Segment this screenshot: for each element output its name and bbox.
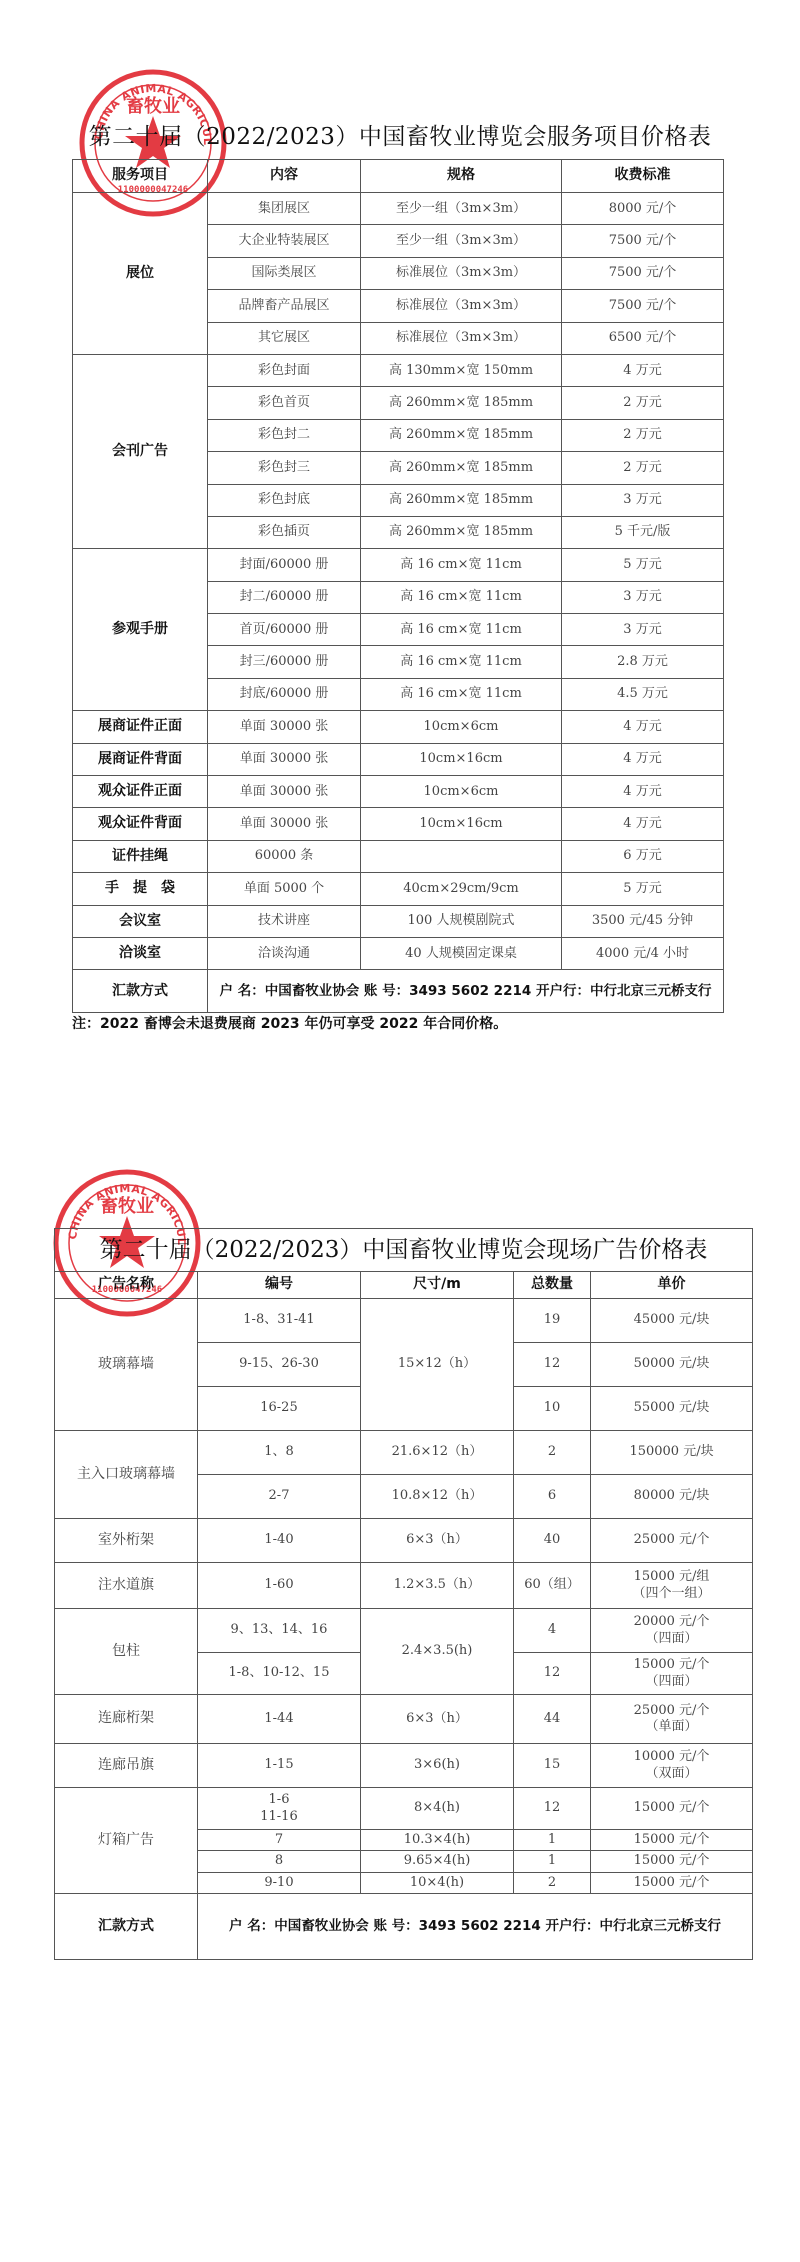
fee-cell: 4 万元 (562, 354, 724, 386)
price-note: （四个一组） (593, 1586, 750, 1602)
header-content: 内容 (208, 160, 361, 193)
spec-cell: 40cm×29cm/9cm (361, 873, 562, 905)
category-cell: 展商证件正面 (73, 711, 208, 743)
content-cell: 彩色封二 (208, 419, 361, 451)
price-value: 20000 元/个 (593, 1614, 750, 1630)
fee-cell: 3500 元/45 分钟 (562, 905, 724, 937)
size-cell: 10.8×12（h） (361, 1475, 514, 1519)
category-cell: 观众证件背面 (73, 808, 208, 840)
category-catalog-ads: 会刊广告 (73, 354, 208, 548)
price-cell: 55000 元/块 (591, 1387, 753, 1431)
size-cell: 1.2×3.5（h） (361, 1563, 514, 1609)
quantity-cell: 44 (514, 1695, 591, 1744)
fee-cell: 4000 元/4 小时 (562, 937, 724, 969)
content-cell: 国际类展区 (208, 257, 361, 289)
header-spec: 规格 (361, 160, 562, 193)
fee-cell: 5 万元 (562, 549, 724, 581)
content-cell: 品牌畜产品展区 (208, 290, 361, 322)
fee-cell: 7500 元/个 (562, 290, 724, 322)
number-cell: 1-611-16 (198, 1788, 361, 1830)
table-row: 灯箱广告 1-611-16 8×4(h) 12 15000 元/个 (55, 1788, 753, 1830)
number-cell: 9-15、26-30 (198, 1343, 361, 1387)
price-value: 25000 元/个 (593, 1703, 750, 1719)
size-cell: 21.6×12（h） (361, 1431, 514, 1475)
number-cell: 7 (198, 1830, 361, 1851)
spec-cell: 40 人规模固定课桌 (361, 937, 562, 969)
number-cell: 2-7 (198, 1475, 361, 1519)
fee-cell: 4 万元 (562, 743, 724, 775)
content-cell: 首页/60000 册 (208, 614, 361, 646)
quantity-cell: 2 (514, 1873, 591, 1894)
spec-cell: 高 260mm×宽 185mm (361, 516, 562, 548)
table-row: 观众证件背面 单面 30000 张 10cm×16cm 4 万元 (73, 808, 724, 840)
payment-row: 汇款方式 户 名：中国畜牧业协会 账 号：3493 5602 2214 开户行：… (55, 1894, 753, 1960)
category-cell: 会议室 (73, 905, 208, 937)
price-cell: 15000 元/个 (591, 1830, 753, 1851)
content-cell: 彩色封三 (208, 452, 361, 484)
header-fee: 收费标准 (562, 160, 724, 193)
category-cell: 洽谈室 (73, 937, 208, 969)
spec-cell: 标准展位（3m×3m） (361, 290, 562, 322)
spec-cell: 高 260mm×宽 185mm (361, 419, 562, 451)
number-cell: 1-15 (198, 1744, 361, 1788)
table-row: 连廊桁架 1-44 6×3（h） 44 25000 元/个（单面） (55, 1695, 753, 1744)
spec-cell: 10cm×6cm (361, 711, 562, 743)
number-cell: 1、8 (198, 1431, 361, 1475)
price-cell: 15000 元/个 (591, 1788, 753, 1830)
content-cell: 单面 5000 个 (208, 873, 361, 905)
number-cell: 1-8、10-12、15 (198, 1653, 361, 1695)
table-row: 观众证件正面 单面 30000 张 10cm×6cm 4 万元 (73, 776, 724, 808)
spec-cell: 高 260mm×宽 185mm (361, 387, 562, 419)
spec-cell: 标准展位（3m×3m） (361, 322, 562, 354)
category-cell: 手 提 袋 (73, 873, 208, 905)
size-cell: 6×3（h） (361, 1695, 514, 1744)
price-cell: 50000 元/块 (591, 1343, 753, 1387)
fee-cell: 8000 元/个 (562, 193, 724, 225)
price-cell: 15000 元/个（四面） (591, 1653, 753, 1695)
payment-details: 户 名：中国畜牧业协会 账 号：3493 5602 2214 开户行：中行北京三… (208, 970, 724, 1013)
fee-cell: 3 万元 (562, 581, 724, 613)
quantity-cell: 12 (514, 1653, 591, 1695)
price-note: （四面） (593, 1631, 750, 1647)
quantity-cell: 12 (514, 1343, 591, 1387)
header-quantity: 总数量 (514, 1272, 591, 1299)
price-value: 10000 元/个 (593, 1749, 750, 1765)
number-line: 11-16 (200, 1809, 358, 1825)
fee-cell: 7500 元/个 (562, 257, 724, 289)
spec-cell: 高 16 cm×宽 11cm (361, 678, 562, 710)
content-cell: 彩色首页 (208, 387, 361, 419)
spec-cell: 标准展位（3m×3m） (361, 257, 562, 289)
table-title-row: 第二十届（2022/2023）中国畜牧业博览会现场广告价格表 (55, 1229, 753, 1272)
table-row: 参观手册 封面/60000 册 高 16 cm×宽 11cm 5 万元 (73, 549, 724, 581)
price-note: （双面） (593, 1766, 750, 1782)
quantity-cell: 15 (514, 1744, 591, 1788)
page-title-onsite-ad-prices: 第二十届（2022/2023）中国畜牧业博览会现场广告价格表 (55, 1229, 753, 1272)
spec-cell: 至少一组（3m×3m） (361, 225, 562, 257)
quantity-cell: 19 (514, 1299, 591, 1343)
fee-cell: 2 万元 (562, 387, 724, 419)
spec-cell: 高 130mm×宽 150mm (361, 354, 562, 386)
number-cell: 1-40 (198, 1519, 361, 1563)
content-cell: 彩色插页 (208, 516, 361, 548)
fee-cell: 2 万元 (562, 419, 724, 451)
table-row: 展商证件背面 单面 30000 张 10cm×16cm 4 万元 (73, 743, 724, 775)
header-number: 编号 (198, 1272, 361, 1299)
page-title-service-prices: 第二十届（2022/2023）中国畜牧业博览会服务项目价格表 (0, 118, 800, 151)
price-cell: 80000 元/块 (591, 1475, 753, 1519)
content-cell: 封二/60000 册 (208, 581, 361, 613)
spec-cell: 高 16 cm×宽 11cm (361, 549, 562, 581)
header-service-item: 服务项目 (73, 160, 208, 193)
service-price-table: 服务项目 内容 规格 收费标准 展位 集团展区 至少一组（3m×3m） 8000… (72, 159, 724, 1013)
header-size: 尺寸/m (361, 1272, 514, 1299)
quantity-cell: 2 (514, 1431, 591, 1475)
fee-cell: 2.8 万元 (562, 646, 724, 678)
quantity-cell: 60（组） (514, 1563, 591, 1609)
content-cell: 单面 30000 张 (208, 711, 361, 743)
table-row: 展商证件正面 单面 30000 张 10cm×6cm 4 万元 (73, 711, 724, 743)
payment-label: 汇款方式 (73, 970, 208, 1013)
number-cell: 9-10 (198, 1873, 361, 1894)
content-cell: 大企业特装展区 (208, 225, 361, 257)
size-cell: 10×4(h) (361, 1873, 514, 1894)
footnote: 注：2022 畜博会未退费展商 2023 年仍可享受 2022 年合同价格。 (72, 1013, 507, 1033)
content-cell: 封面/60000 册 (208, 549, 361, 581)
spec-cell: 高 16 cm×宽 11cm (361, 581, 562, 613)
table-row: 玻璃幕墙 1-8、31-41 15×12（h） 19 45000 元/块 (55, 1299, 753, 1343)
price-cell: 10000 元/个（双面） (591, 1744, 753, 1788)
table-row: 展位 集团展区 至少一组（3m×3m） 8000 元/个 (73, 193, 724, 225)
spec-cell: 至少一组（3m×3m） (361, 193, 562, 225)
svg-text:畜牧业: 畜牧业 (100, 1195, 154, 1217)
quantity-cell: 12 (514, 1788, 591, 1830)
content-cell: 单面 30000 张 (208, 743, 361, 775)
ad-name-water-flag: 注水道旗 (55, 1563, 198, 1609)
category-cell: 展商证件背面 (73, 743, 208, 775)
fee-cell: 2 万元 (562, 452, 724, 484)
category-booth: 展位 (73, 193, 208, 355)
ad-name-glass-curtain: 玻璃幕墙 (55, 1299, 198, 1431)
size-cell: 2.4×3.5(h) (361, 1609, 514, 1695)
content-cell: 洽谈沟通 (208, 937, 361, 969)
table-row: 洽谈室 洽谈沟通 40 人规模固定课桌 4000 元/4 小时 (73, 937, 724, 969)
fee-cell: 3 万元 (562, 614, 724, 646)
fee-cell: 6500 元/个 (562, 322, 724, 354)
number-cell: 16-25 (198, 1387, 361, 1431)
price-cell: 150000 元/块 (591, 1431, 753, 1475)
content-cell: 其它展区 (208, 322, 361, 354)
price-note: （四面） (593, 1674, 750, 1690)
number-line: 1-6 (200, 1792, 358, 1808)
price-value: 15000 元/个 (593, 1657, 750, 1673)
content-cell: 集团展区 (208, 193, 361, 225)
price-cell: 45000 元/块 (591, 1299, 753, 1343)
size-cell: 6×3（h） (361, 1519, 514, 1563)
quantity-cell: 6 (514, 1475, 591, 1519)
price-cell: 20000 元/个（四面） (591, 1609, 753, 1653)
number-cell: 1-60 (198, 1563, 361, 1609)
table-row: 连廊吊旗 1-15 3×6(h) 15 10000 元/个（双面） (55, 1744, 753, 1788)
fee-cell: 3 万元 (562, 484, 724, 516)
fee-cell: 4.5 万元 (562, 678, 724, 710)
table-header-row: 服务项目 内容 规格 收费标准 (73, 160, 724, 193)
number-cell: 1-44 (198, 1695, 361, 1744)
size-cell: 3×6(h) (361, 1744, 514, 1788)
table-row: 手 提 袋 单面 5000 个 40cm×29cm/9cm 5 万元 (73, 873, 724, 905)
category-visitor-guide: 参观手册 (73, 549, 208, 711)
fee-cell: 5 千元/版 (562, 516, 724, 548)
ad-name-main-entrance: 主入口玻璃幕墙 (55, 1431, 198, 1519)
category-cell: 观众证件正面 (73, 776, 208, 808)
table-row: 证件挂绳 60000 条 6 万元 (73, 840, 724, 872)
spec-cell (361, 840, 562, 872)
size-cell: 9.65×4(h) (361, 1851, 514, 1873)
table-row: 会议室 技术讲座 100 人规模剧院式 3500 元/45 分钟 (73, 905, 724, 937)
ad-name-pillar-wrap: 包柱 (55, 1609, 198, 1695)
ad-name-corridor-truss: 连廊桁架 (55, 1695, 198, 1744)
price-value: 15000 元/组 (593, 1569, 750, 1585)
content-cell: 封底/60000 册 (208, 678, 361, 710)
size-cell: 8×4(h) (361, 1788, 514, 1830)
fee-cell: 6 万元 (562, 840, 724, 872)
price-cell: 25000 元/个 (591, 1519, 753, 1563)
fee-cell: 4 万元 (562, 776, 724, 808)
ad-name-outdoor-truss: 室外桁架 (55, 1519, 198, 1563)
quantity-cell: 4 (514, 1609, 591, 1653)
table-row: 会刊广告 彩色封面 高 130mm×宽 150mm 4 万元 (73, 354, 724, 386)
number-cell: 1-8、31-41 (198, 1299, 361, 1343)
spec-cell: 高 260mm×宽 185mm (361, 452, 562, 484)
number-cell: 9、13、14、16 (198, 1609, 361, 1653)
onsite-ad-price-table: 第二十届（2022/2023）中国畜牧业博览会现场广告价格表 广告名称 编号 尺… (54, 1228, 753, 1960)
spec-cell: 10cm×6cm (361, 776, 562, 808)
table-row: 主入口玻璃幕墙 1、8 21.6×12（h） 2 150000 元/块 (55, 1431, 753, 1475)
content-cell: 彩色封底 (208, 484, 361, 516)
content-cell: 60000 条 (208, 840, 361, 872)
fee-cell: 5 万元 (562, 873, 724, 905)
content-cell: 单面 30000 张 (208, 776, 361, 808)
ad-name-lightbox: 灯箱广告 (55, 1788, 198, 1894)
header-unit-price: 单价 (591, 1272, 753, 1299)
spec-cell: 10cm×16cm (361, 808, 562, 840)
quantity-cell: 40 (514, 1519, 591, 1563)
number-cell: 8 (198, 1851, 361, 1873)
payment-label: 汇款方式 (55, 1894, 198, 1960)
table-row: 注水道旗 1-60 1.2×3.5（h） 60（组） 15000 元/组（四个一… (55, 1563, 753, 1609)
fee-cell: 4 万元 (562, 808, 724, 840)
payment-details: 户 名：中国畜牧业协会 账 号：3493 5602 2214 开户行：中行北京三… (198, 1894, 753, 1960)
content-cell: 技术讲座 (208, 905, 361, 937)
content-cell: 封三/60000 册 (208, 646, 361, 678)
price-cell: 15000 元/个 (591, 1851, 753, 1873)
price-note: （单面） (593, 1719, 750, 1735)
quantity-cell: 10 (514, 1387, 591, 1431)
price-cell: 15000 元/组（四个一组） (591, 1563, 753, 1609)
quantity-cell: 1 (514, 1851, 591, 1873)
price-cell: 25000 元/个（单面） (591, 1695, 753, 1744)
spec-cell: 10cm×16cm (361, 743, 562, 775)
price-cell: 15000 元/个 (591, 1873, 753, 1894)
spec-cell: 高 260mm×宽 185mm (361, 484, 562, 516)
table-row: 包柱 9、13、14、16 2.4×3.5(h) 4 20000 元/个（四面） (55, 1609, 753, 1653)
table-header-row: 广告名称 编号 尺寸/m 总数量 单价 (55, 1272, 753, 1299)
payment-row: 汇款方式 户 名：中国畜牧业协会 账 号：3493 5602 2214 开户行：… (73, 970, 724, 1013)
fee-cell: 4 万元 (562, 711, 724, 743)
table-row: 室外桁架 1-40 6×3（h） 40 25000 元/个 (55, 1519, 753, 1563)
size-cell: 10.3×4(h) (361, 1830, 514, 1851)
size-cell: 15×12（h） (361, 1299, 514, 1431)
spec-cell: 高 16 cm×宽 11cm (361, 614, 562, 646)
spec-cell: 高 16 cm×宽 11cm (361, 646, 562, 678)
ad-name-corridor-hanging-flag: 连廊吊旗 (55, 1744, 198, 1788)
content-cell: 单面 30000 张 (208, 808, 361, 840)
fee-cell: 7500 元/个 (562, 225, 724, 257)
quantity-cell: 1 (514, 1830, 591, 1851)
category-cell: 证件挂绳 (73, 840, 208, 872)
spec-cell: 100 人规模剧院式 (361, 905, 562, 937)
content-cell: 彩色封面 (208, 354, 361, 386)
header-ad-name: 广告名称 (55, 1272, 198, 1299)
svg-text:畜牧业: 畜牧业 (126, 95, 180, 117)
